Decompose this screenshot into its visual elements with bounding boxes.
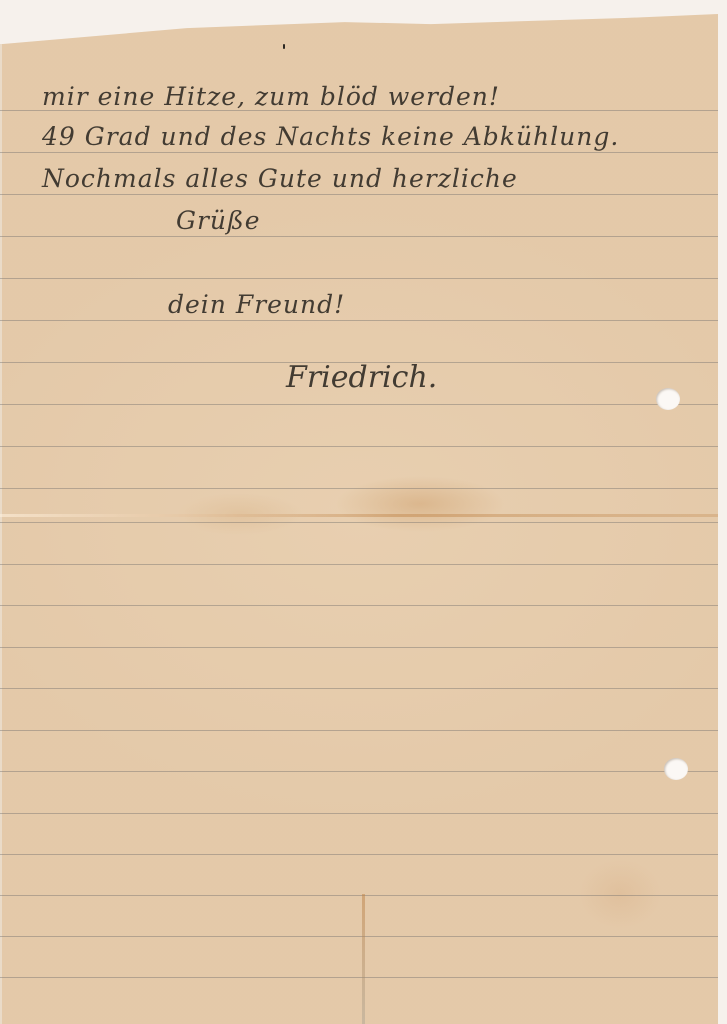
ruled-line: [0, 813, 718, 814]
letter-line-1: mir eine Hitze, zum blöd werden!: [42, 82, 500, 111]
ink-speck: [283, 44, 285, 49]
ruled-line: [0, 488, 718, 489]
letter-closing: dein Freund!: [168, 290, 345, 319]
ruled-line: [0, 936, 718, 937]
ruled-line: [0, 404, 718, 405]
ruled-line: [0, 194, 718, 195]
ruled-line: [0, 647, 718, 648]
letter-line-greetings: Grüße: [176, 206, 261, 235]
punch-hole-lower: [664, 758, 688, 780]
ruled-line: [0, 977, 718, 978]
letter-line-3: Nochmals alles Gute und herzliche: [42, 164, 518, 193]
letter-signature: Friedrich.: [286, 360, 437, 395]
punch-hole-upper: [656, 388, 680, 410]
ruled-line: [0, 854, 718, 855]
ruled-line: [0, 771, 718, 772]
ruled-line: [0, 605, 718, 606]
ruled-line: [0, 152, 718, 153]
letter-line-2: 49 Grad und des Nachts keine Abkühlung.: [42, 122, 619, 151]
ruled-line: [0, 730, 718, 731]
vertical-fold-crease: [362, 894, 365, 1024]
ruled-line: [0, 522, 718, 523]
ruled-line: [0, 688, 718, 689]
ruled-line: [0, 895, 718, 896]
letter-page: mir eine Hitze, zum blöd werden! 49 Grad…: [0, 14, 718, 1024]
ruled-line: [0, 320, 718, 321]
ruled-line: [0, 564, 718, 565]
ruled-line: [0, 278, 718, 279]
ruled-line: [0, 446, 718, 447]
horizontal-fold-crease: [0, 514, 718, 517]
ruled-line: [0, 236, 718, 237]
